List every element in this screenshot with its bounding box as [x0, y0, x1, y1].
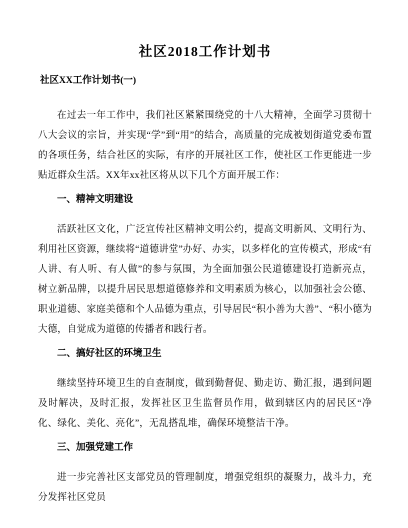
- body-paragraph: 活跃社区文化，广泛宣传社区精神文明公约，提高文明新风、文明行为、利用社区资源，继…: [38, 220, 372, 340]
- section-heading: 一、精神文明建设: [38, 190, 372, 210]
- document-title: 社区2018工作计划书: [38, 40, 372, 60]
- section-heading: 三、加强党建工作: [38, 438, 372, 458]
- section-heading: 二、搞好社区的环境卫生: [38, 344, 372, 364]
- body-paragraph: 继续坚持环境卫生的自查制度，做到勤督促、勤走访、勤汇报，遇到问题及时解决，及时汇…: [38, 374, 372, 434]
- document-body: 在过去一年工作中，我们社区紧紧围绕党的十八大精神，全面学习贯彻十八大会议的宗旨，…: [38, 106, 372, 508]
- body-paragraph: 进一步完善社区支部党员的管理制度，增强党组织的凝聚力，战斗力，充分发挥社区党员: [38, 468, 372, 508]
- document-subtitle: 社区XX工作计划书(一): [40, 72, 372, 86]
- document-page: 社区2018工作计划书 社区XX工作计划书(一) 在过去一年工作中，我们社区紧紧…: [0, 0, 408, 528]
- body-paragraph: 在过去一年工作中，我们社区紧紧围绕党的十八大精神，全面学习贯彻十八大会议的宗旨，…: [38, 106, 372, 186]
